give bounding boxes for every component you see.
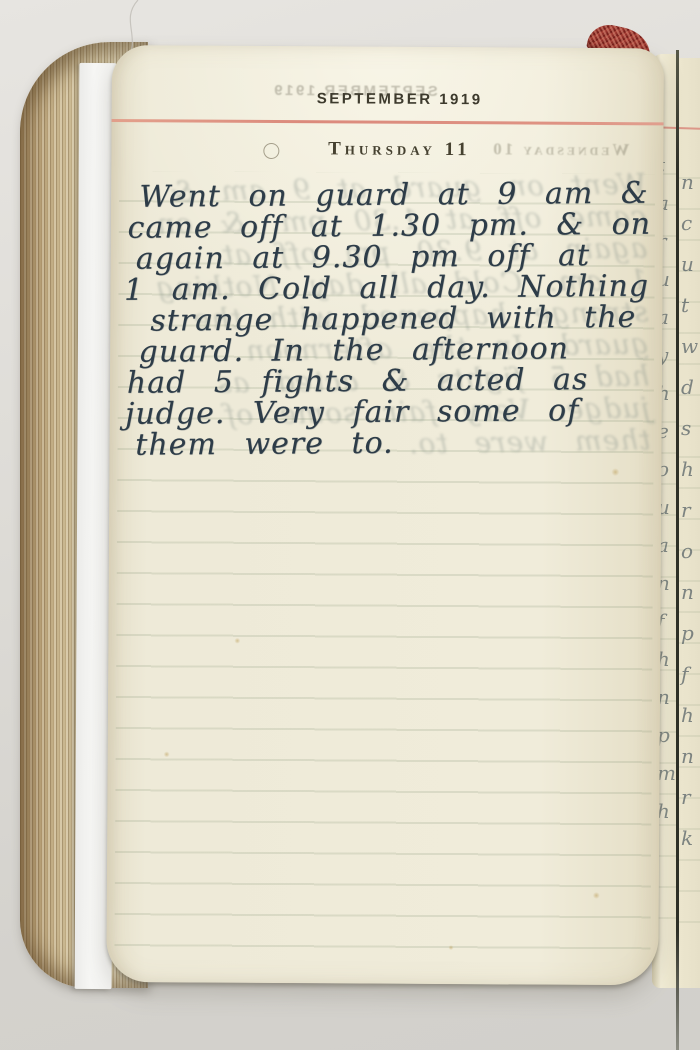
foxing-spot: [448, 945, 453, 950]
diary-photo-scene: t a r u a y h e o u a n f h n p m h n c …: [0, 0, 700, 1050]
page-header-month-year: SEPTEMBER 1919: [136, 89, 664, 109]
foxing-spot: [164, 751, 170, 757]
day-heading: Thursday 11: [135, 137, 663, 162]
entry-line: them were to.: [135, 426, 661, 461]
foxing-spot: [611, 468, 619, 476]
cover-edge-line: [676, 50, 679, 1050]
diary-entry-handwriting: Went on guard at 9 am & came off at 1.30…: [123, 178, 661, 461]
entry-line: strange happened with the: [150, 302, 660, 337]
diary-page: SEPTEMBER 1919 SEPTEMBER 1919 Wednesday …: [106, 45, 664, 985]
entry-line: had 5 fights & acted as: [127, 364, 661, 399]
right-page-handwriting-fragments: n c u t w d s h r o n p f h n r k: [681, 162, 699, 859]
red-rule: [112, 119, 664, 125]
foxing-spot: [593, 892, 600, 899]
right-page-edge-outer: n c u t w d s h r o n p f h n r k: [679, 58, 700, 988]
entry-line: judge. Very fair some of: [125, 395, 661, 430]
foxing-spot: [234, 638, 240, 644]
